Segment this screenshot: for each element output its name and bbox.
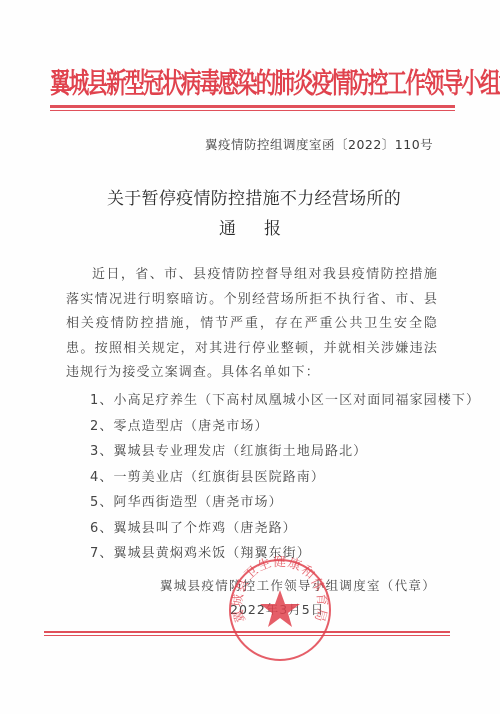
signer-name: 翼城县疫情防控工作领导小组调度室（代章） — [160, 576, 436, 594]
list-item: 4、一剪美业店（红旗街县医院路南） — [90, 465, 480, 491]
business-list: 1、小高足疗养生（下高村凤凰城小区一区对面同福家园楼下） 2、零点造型店（唐尧市… — [90, 388, 480, 567]
notice-title-word2: 报 — [264, 219, 281, 239]
footer-rule-thick — [44, 631, 450, 633]
notice-title-line2: 通报 — [0, 214, 500, 239]
list-item: 3、翼城县专业理发店（红旗街土地局路北） — [90, 439, 480, 465]
list-item: 1、小高足疗养生（下高村凤凰城小区一区对面同福家园楼下） — [90, 388, 480, 414]
signature-date: 2022年3月5日 — [230, 600, 324, 618]
list-item: 2、零点造型店（唐尧市场） — [90, 414, 480, 440]
masthead-rule-thin — [50, 110, 455, 111]
notice-title-line1: 关于暂停疫情防控措施不力经营场所的 — [0, 184, 500, 209]
footer-rule-thin — [44, 635, 450, 636]
body-paragraph: 近日，省、市、县疫情防控督导组对我县疫情防控措施落实情况进行明察暗访。个别经营场… — [66, 263, 438, 386]
document-page: 翼城县新型冠状病毒感染的肺炎疫情防控工作领导小组调度室 翼疫情防控组调度室函〔2… — [0, 0, 500, 714]
document-number: 翼疫情防控组调度室函〔2022〕110号 — [205, 135, 433, 153]
list-item: 7、翼城县黄焖鸡米饭（翔翼东街） — [90, 541, 480, 567]
list-item: 6、翼城县叫了个炸鸡（唐尧路） — [90, 516, 480, 542]
list-item: 5、阿华西街造型（唐尧市场） — [90, 490, 480, 516]
masthead-rule-thick — [50, 105, 455, 108]
masthead-title: 翼城县新型冠状病毒感染的肺炎疫情防控工作领导小组调度室 — [50, 60, 455, 101]
notice-title-word1: 通 — [219, 219, 236, 239]
